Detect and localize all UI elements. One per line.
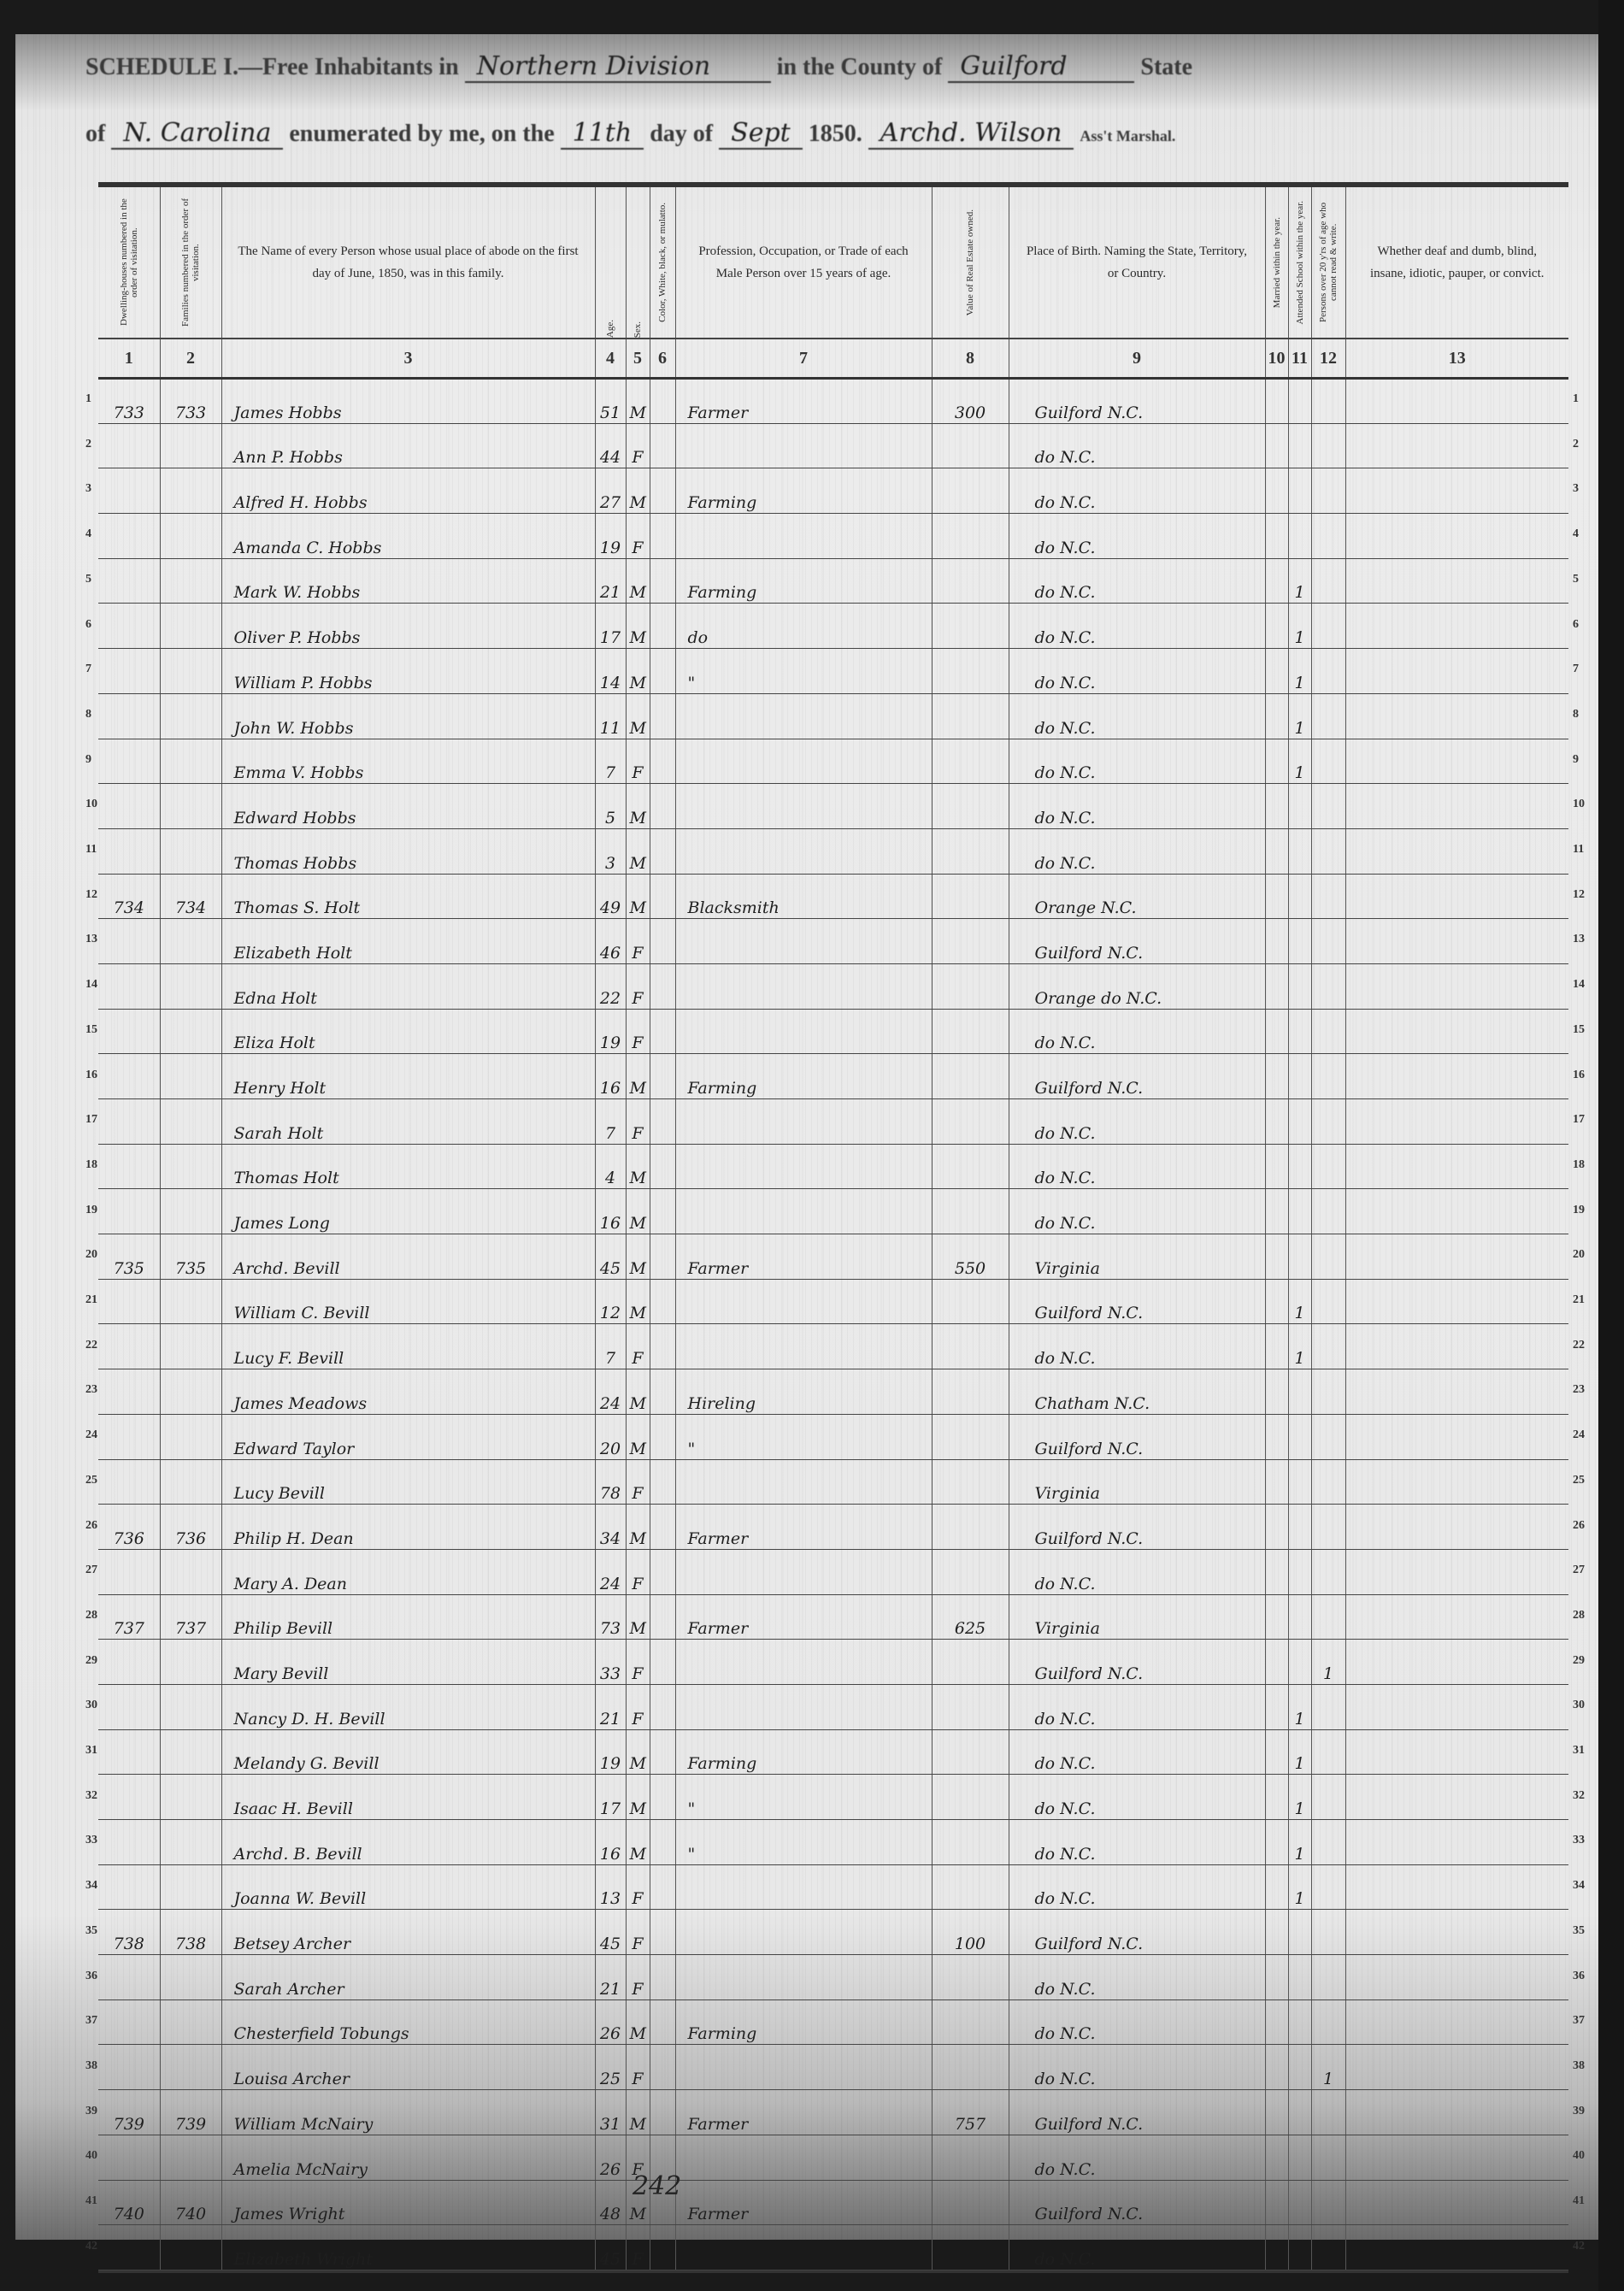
cell-color: [650, 739, 675, 784]
cell-family: 738: [160, 1910, 221, 1955]
cell-dwelling: [98, 739, 160, 784]
cell-school: 1: [1288, 558, 1311, 604]
cell-illiterate: [1311, 1234, 1345, 1280]
cell-illiterate: [1311, 1099, 1345, 1145]
cell-real-estate: [932, 1549, 1009, 1594]
cell-sex: F: [626, 514, 650, 559]
cell-sex: F: [626, 2225, 650, 2270]
line-number: 9: [85, 753, 91, 767]
table-row: Sarah Archer21Fdo N.C.: [98, 1955, 1568, 2000]
line-number: 27: [85, 1564, 97, 1577]
cell-condition: [1345, 2180, 1568, 2225]
cell-family: [160, 784, 221, 829]
cell-dwelling: 739: [98, 2090, 160, 2135]
cell-age: 45: [595, 1234, 626, 1280]
cell-birthplace: do N.C.: [1009, 1324, 1265, 1369]
cell-family: [160, 468, 221, 514]
line-number: 29: [85, 1654, 97, 1668]
cell-real-estate: [932, 919, 1009, 964]
cell-age: 45: [595, 1910, 626, 1955]
of-label: of: [85, 121, 105, 147]
table-row: Alfred H. Hobbs27MFarmingdo N.C.: [98, 468, 1568, 514]
line-number: 2: [1573, 438, 1579, 451]
line-number: 7: [85, 663, 91, 676]
cell-real-estate: [932, 1369, 1009, 1415]
cell-school: [1288, 1234, 1311, 1280]
cell-occupation: [675, 1459, 932, 1505]
line-number: 28: [1573, 1609, 1585, 1623]
cell-sex: M: [626, 1505, 650, 1550]
cell-illiterate: [1311, 2090, 1345, 2135]
cell-age: 26: [595, 1999, 626, 2045]
cell-age: 4: [595, 1144, 626, 1189]
cell-dwelling: [98, 1189, 160, 1234]
line-number: 37: [1573, 2014, 1585, 2028]
table-row: Isaac H. Bevill17M"do N.C.1: [98, 1775, 1568, 1820]
cell-married: [1265, 1189, 1288, 1234]
column-header-row: Dwelling-houses numbered in the order of…: [98, 187, 1568, 339]
cell-illiterate: [1311, 2225, 1345, 2270]
cell-sex: M: [626, 1144, 650, 1189]
table-row: Louisa Archer25Fdo N.C.1: [98, 2045, 1568, 2090]
cell-school: 1: [1288, 1324, 1311, 1369]
cell-name: Emma V. Hobbs: [221, 739, 595, 784]
cell-condition: [1345, 1955, 1568, 2000]
cell-name: Lucy F. Bevill: [221, 1324, 595, 1369]
cell-illiterate: [1311, 1324, 1345, 1369]
cell-dwelling: [98, 919, 160, 964]
cell-age: 7: [595, 1099, 626, 1145]
cell-married: [1265, 379, 1288, 424]
cell-occupation: [675, 1910, 932, 1955]
cell-occupation: Farmer: [675, 1234, 932, 1280]
table-row: Henry Holt16MFarmingGuilford N.C.: [98, 1054, 1568, 1099]
cell-color: [650, 1234, 675, 1280]
line-number: 30: [1573, 1699, 1585, 1712]
cell-real-estate: 300: [932, 379, 1009, 424]
cell-real-estate: [932, 1459, 1009, 1505]
table-row: Mary A. Dean24Fdo N.C.: [98, 1549, 1568, 1594]
cell-birthplace: Guilford N.C.: [1009, 1910, 1265, 1955]
cell-birthplace: do N.C.: [1009, 423, 1265, 468]
cell-name: Mary A. Dean: [221, 1549, 595, 1594]
cell-family: [160, 1999, 221, 2045]
cell-condition: [1345, 468, 1568, 514]
line-number: 5: [85, 573, 91, 586]
col6-header: Color, White, black, or mulatto.: [650, 187, 675, 339]
cell-condition: [1345, 2135, 1568, 2180]
cell-sex: M: [626, 1775, 650, 1820]
col3-header: The Name of every Person whose usual pla…: [221, 187, 595, 339]
cell-sex: F: [626, 1099, 650, 1145]
cell-married: [1265, 1234, 1288, 1280]
cell-occupation: [675, 1640, 932, 1685]
cell-school: [1288, 1189, 1311, 1234]
cell-condition: [1345, 784, 1568, 829]
cell-real-estate: [932, 1009, 1009, 1054]
line-number: 39: [1573, 2105, 1585, 2118]
table-row: Melandy G. Bevill19MFarmingdo N.C.1: [98, 1729, 1568, 1775]
line-number: 20: [85, 1248, 97, 1262]
cell-color: [650, 1549, 675, 1594]
cell-condition: [1345, 1549, 1568, 1594]
cell-school: [1288, 1459, 1311, 1505]
line-number: 40: [85, 2149, 97, 2163]
cell-birthplace: Guilford N.C.: [1009, 1505, 1265, 1550]
line-number: 22: [85, 1339, 97, 1352]
cell-illiterate: [1311, 1820, 1345, 1865]
cell-real-estate: [932, 1144, 1009, 1189]
cell-married: [1265, 739, 1288, 784]
cell-birthplace: Virginia: [1009, 1459, 1265, 1505]
cell-school: 1: [1288, 1279, 1311, 1324]
cell-name: Sarah Holt: [221, 1099, 595, 1145]
cell-color: [650, 874, 675, 919]
table-row: Edward Taylor20M"Guilford N.C.: [98, 1414, 1568, 1459]
cell-married: [1265, 874, 1288, 919]
line-number: 3: [85, 482, 91, 496]
cell-color: [650, 1820, 675, 1865]
cell-name: James Wright: [221, 2180, 595, 2225]
table-row: Amelia McNairy26Fdo N.C.: [98, 2135, 1568, 2180]
cell-sex: M: [626, 1054, 650, 1099]
cell-birthplace: Guilford N.C.: [1009, 1414, 1265, 1459]
cell-color: [650, 1009, 675, 1054]
line-number: 13: [1573, 933, 1585, 946]
cell-married: [1265, 1414, 1288, 1459]
cell-married: [1265, 558, 1288, 604]
line-number: 27: [1573, 1564, 1585, 1577]
table-row: Edward Hobbs5Mdo N.C.: [98, 784, 1568, 829]
cell-married: [1265, 1864, 1288, 1910]
cell-occupation: [675, 2135, 932, 2180]
cell-name: Archd. B. Bevill: [221, 1820, 595, 1865]
cell-birthplace: Guilford N.C.: [1009, 1054, 1265, 1099]
cell-school: [1288, 379, 1311, 424]
line-number: 36: [1573, 1970, 1585, 1983]
cell-family: [160, 1955, 221, 2000]
table-row: Amanda C. Hobbs19Fdo N.C.: [98, 514, 1568, 559]
cell-real-estate: [932, 604, 1009, 649]
cell-sex: M: [626, 1820, 650, 1865]
line-number: 22: [1573, 1339, 1585, 1352]
cell-dwelling: [98, 1955, 160, 2000]
line-number: 24: [1573, 1428, 1585, 1442]
line-number: 3: [1573, 482, 1579, 496]
cell-dwelling: [98, 828, 160, 874]
line-number: 8: [85, 708, 91, 721]
cell-real-estate: [932, 1729, 1009, 1775]
col10-header: Married within the year.: [1265, 187, 1288, 339]
cell-real-estate: [932, 1324, 1009, 1369]
table-row: Mark W. Hobbs21MFarmingdo N.C.1: [98, 558, 1568, 604]
cell-occupation: [675, 963, 932, 1009]
cell-family: [160, 2045, 221, 2090]
cell-color: [650, 558, 675, 604]
cell-age: 19: [595, 1009, 626, 1054]
line-number: 9: [1573, 753, 1579, 767]
cell-name: William C. Bevill: [221, 1279, 595, 1324]
cell-color: [650, 1999, 675, 2045]
cell-real-estate: 757: [932, 2090, 1009, 2135]
column-number-row: 12 34 56 78 910 1112 13: [98, 339, 1568, 379]
cell-married: [1265, 1459, 1288, 1505]
line-number: 1: [85, 392, 91, 406]
cell-occupation: Farmer: [675, 1505, 932, 1550]
cell-occupation: [675, 693, 932, 739]
cell-color: [650, 919, 675, 964]
cell-family: [160, 1640, 221, 1685]
cell-dwelling: [98, 2135, 160, 2180]
cell-married: [1265, 1684, 1288, 1729]
cell-school: [1288, 1054, 1311, 1099]
cell-name: Chesterfield Tobungs: [221, 1999, 595, 2045]
cell-illiterate: [1311, 693, 1345, 739]
cell-married: [1265, 2090, 1288, 2135]
cell-illiterate: [1311, 2135, 1345, 2180]
cell-name: Oliver P. Hobbs: [221, 604, 595, 649]
cell-sex: M: [626, 1414, 650, 1459]
cell-occupation: [675, 1144, 932, 1189]
cell-family: [160, 1009, 221, 1054]
cell-school: [1288, 2090, 1311, 2135]
cell-school: [1288, 468, 1311, 514]
cell-real-estate: [932, 1054, 1009, 1099]
day-field: 11th: [561, 118, 644, 150]
cell-sex: M: [626, 468, 650, 514]
line-number: 33: [1573, 1834, 1585, 1847]
cell-occupation: Farmer: [675, 2180, 932, 2225]
cell-dwelling: [98, 649, 160, 694]
table-row: James Meadows24MHirelingChatham N.C.: [98, 1369, 1568, 1415]
cell-real-estate: [932, 1414, 1009, 1459]
cell-school: [1288, 1640, 1311, 1685]
cell-color: [650, 1640, 675, 1685]
cell-condition: [1345, 1369, 1568, 1415]
cell-family: [160, 1369, 221, 1415]
cell-birthplace: do N.C.: [1009, 2135, 1265, 2180]
county-label: in the County of: [777, 54, 943, 80]
cell-family: [160, 649, 221, 694]
cell-name: Philip H. Dean: [221, 1505, 595, 1550]
cell-name: Melandy G. Bevill: [221, 1729, 595, 1775]
cell-sex: F: [626, 1910, 650, 1955]
cell-illiterate: [1311, 1955, 1345, 2000]
cell-color: [650, 1729, 675, 1775]
line-number: 41: [1573, 2194, 1585, 2208]
table-row: Joanna W. Bevill13Fdo N.C.1: [98, 1864, 1568, 1910]
cell-age: 49: [595, 874, 626, 919]
cell-birthplace: do N.C.: [1009, 784, 1265, 829]
month-field: Sept: [719, 118, 803, 150]
cell-age: 16: [595, 1189, 626, 1234]
table-row: Elizabeth Wright45Fdo N.C.: [98, 2225, 1568, 2270]
cell-married: [1265, 1099, 1288, 1145]
cell-married: [1265, 1640, 1288, 1685]
cell-family: [160, 1864, 221, 1910]
cell-condition: [1345, 604, 1568, 649]
cell-school: 1: [1288, 604, 1311, 649]
cell-name: John W. Hobbs: [221, 693, 595, 739]
cell-birthplace: do N.C.: [1009, 1189, 1265, 1234]
cell-real-estate: [932, 1099, 1009, 1145]
line-number: 34: [85, 1879, 97, 1893]
cell-dwelling: [98, 2225, 160, 2270]
cell-sex: F: [626, 1324, 650, 1369]
cell-condition: [1345, 2225, 1568, 2270]
cell-illiterate: [1311, 514, 1345, 559]
cell-sex: F: [626, 919, 650, 964]
cell-real-estate: [932, 2225, 1009, 2270]
line-number: 23: [85, 1383, 97, 1397]
cell-color: [650, 649, 675, 694]
cell-sex: M: [626, 874, 650, 919]
cell-occupation: ": [675, 1775, 932, 1820]
cell-dwelling: [98, 558, 160, 604]
line-number: 21: [1573, 1293, 1585, 1307]
cell-dwelling: 738: [98, 1910, 160, 1955]
table-row: John W. Hobbs11Mdo N.C.1: [98, 693, 1568, 739]
line-number: 25: [1573, 1474, 1585, 1487]
cell-age: 48: [595, 2180, 626, 2225]
cell-birthplace: do N.C.: [1009, 1775, 1265, 1820]
cell-married: [1265, 1279, 1288, 1324]
cell-occupation: Farming: [675, 468, 932, 514]
cell-occupation: [675, 1279, 932, 1324]
cell-school: [1288, 963, 1311, 1009]
table-row: Archd. B. Bevill16M"do N.C.1: [98, 1820, 1568, 1865]
cell-condition: [1345, 1864, 1568, 1910]
cell-school: [1288, 919, 1311, 964]
cell-married: [1265, 963, 1288, 1009]
cell-illiterate: [1311, 1279, 1345, 1324]
cell-sex: M: [626, 1594, 650, 1640]
col5-header: Sex.: [626, 187, 650, 339]
line-number: 26: [1573, 1519, 1585, 1533]
cell-name: Lucy Bevill: [221, 1459, 595, 1505]
cell-condition: [1345, 1640, 1568, 1685]
col8-header: Value of Real Estate owned.: [932, 187, 1009, 339]
cell-illiterate: [1311, 1910, 1345, 1955]
cell-married: [1265, 1369, 1288, 1415]
cell-married: [1265, 468, 1288, 514]
cell-birthplace: do N.C.: [1009, 1820, 1265, 1865]
cell-color: [650, 1054, 675, 1099]
census-rows: 733733James Hobbs51MFarmer300Guilford N.…: [98, 379, 1568, 2270]
table-row: 740740James Wright48MFarmerGuilford N.C.: [98, 2180, 1568, 2225]
cell-sex: M: [626, 1279, 650, 1324]
line-number: 37: [85, 2014, 97, 2028]
cell-dwelling: 734: [98, 874, 160, 919]
cell-condition: [1345, 558, 1568, 604]
cell-real-estate: [932, 1820, 1009, 1865]
cell-illiterate: [1311, 1054, 1345, 1099]
table-row: Nancy D. H. Bevill21Fdo N.C.1: [98, 1684, 1568, 1729]
cell-school: [1288, 1505, 1311, 1550]
cell-occupation: Farming: [675, 1999, 932, 2045]
cell-family: [160, 1549, 221, 1594]
cell-occupation: [675, 2045, 932, 2090]
cell-age: 16: [595, 1820, 626, 1865]
cell-age: 19: [595, 514, 626, 559]
cell-birthplace: do N.C.: [1009, 1099, 1265, 1145]
cell-real-estate: [932, 558, 1009, 604]
cell-age: 22: [595, 963, 626, 1009]
cell-sex: F: [626, 1009, 650, 1054]
cell-family: 736: [160, 1505, 221, 1550]
line-number: 33: [85, 1834, 97, 1847]
cell-real-estate: [932, 1505, 1009, 1550]
table-row: Mary Bevill33FGuilford N.C.1: [98, 1640, 1568, 1685]
cell-occupation: [675, 828, 932, 874]
cell-family: [160, 1099, 221, 1145]
cell-married: [1265, 2180, 1288, 2225]
cell-name: Philip Bevill: [221, 1594, 595, 1640]
cell-birthplace: do N.C.: [1009, 1999, 1265, 2045]
cell-family: [160, 604, 221, 649]
cell-school: [1288, 1955, 1311, 2000]
line-number: 6: [1573, 618, 1579, 632]
cell-name: William P. Hobbs: [221, 649, 595, 694]
cell-condition: [1345, 1684, 1568, 1729]
line-number: 39: [85, 2105, 97, 2118]
cell-condition: [1345, 649, 1568, 694]
cell-occupation: Farming: [675, 1054, 932, 1099]
cell-dwelling: [98, 784, 160, 829]
cell-sex: F: [626, 1549, 650, 1594]
cell-name: James Meadows: [221, 1369, 595, 1415]
cell-condition: [1345, 874, 1568, 919]
col4-header: Age.: [595, 187, 626, 339]
cell-age: 19: [595, 1729, 626, 1775]
cell-sex: F: [626, 1684, 650, 1729]
cell-school: [1288, 1999, 1311, 2045]
line-number: 13: [85, 933, 97, 946]
table-row: Chesterfield Tobungs26MFarmingdo N.C.: [98, 1999, 1568, 2045]
col9-header: Place of Birth. Naming the State, Territ…: [1009, 187, 1265, 339]
cell-birthplace: do N.C.: [1009, 2225, 1265, 2270]
cell-dwelling: [98, 1414, 160, 1459]
cell-name: Mark W. Hobbs: [221, 558, 595, 604]
cell-dwelling: [98, 514, 160, 559]
cell-real-estate: [932, 784, 1009, 829]
cell-occupation: [675, 1864, 932, 1910]
cell-married: [1265, 604, 1288, 649]
cell-sex: M: [626, 1729, 650, 1775]
cell-condition: [1345, 1775, 1568, 1820]
cell-married: [1265, 1820, 1288, 1865]
cell-name: Thomas Holt: [221, 1144, 595, 1189]
cell-school: [1288, 1099, 1311, 1145]
cell-family: [160, 423, 221, 468]
cell-illiterate: 1: [1311, 2045, 1345, 2090]
cell-family: [160, 828, 221, 874]
cell-condition: [1345, 1999, 1568, 2045]
cell-dwelling: [98, 1369, 160, 1415]
cell-dwelling: [98, 1279, 160, 1324]
cell-occupation: [675, 739, 932, 784]
state-label: State: [1140, 54, 1192, 80]
line-number: 24: [85, 1428, 97, 1442]
cell-sex: M: [626, 784, 650, 829]
cell-real-estate: [932, 514, 1009, 559]
cell-dwelling: [98, 963, 160, 1009]
cell-name: Thomas S. Holt: [221, 874, 595, 919]
cell-dwelling: [98, 1729, 160, 1775]
cell-family: 735: [160, 1234, 221, 1280]
cell-age: 33: [595, 1640, 626, 1685]
day-label: day of: [650, 121, 713, 147]
